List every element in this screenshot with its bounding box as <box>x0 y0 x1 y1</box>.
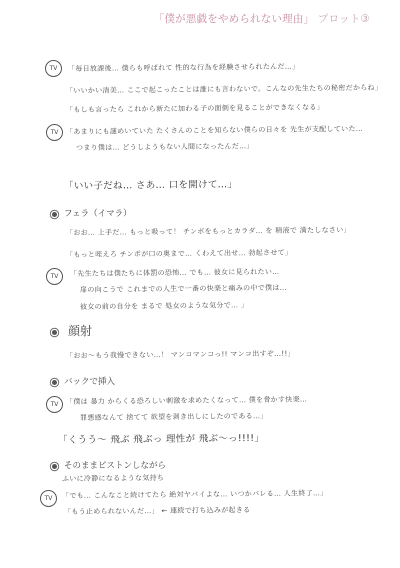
tv-marker-icon: TV <box>45 60 62 77</box>
script-line: 「もしも言ったら これから新たに加わる子の面倒を見ることができなくなる」 <box>66 102 324 115</box>
tv-marker-icon: TV <box>46 396 63 413</box>
tv-marker-icon: TV <box>40 490 57 507</box>
script-line: 扉の向こうで これまでの人生で一番の快楽と痛みの中で僕は… <box>80 283 287 295</box>
bullet-icon <box>52 380 57 385</box>
script-line: 彼女の前の自分を まるで 処女のような気分で… 」 <box>80 300 248 312</box>
script-line: 「おお～もう我慢できない…！ マンコマンコっ!! マンコ出すぞ…!!」 <box>66 349 295 361</box>
script-line: 「先生たちは僕たちに体罰の恐怖… でも… 彼女に見られたい… <box>70 267 280 279</box>
document-title: 「僕が悪戯をやめられない理由」 プロット③ <box>154 11 370 26</box>
title-text: 「僕が悪戯をやめられない理由」 <box>154 13 315 25</box>
script-line: 「くうう～ 飛ぶ 飛ぶっ 理性が 飛ぶ～っ!!!!」 <box>58 430 264 446</box>
script-line: 「いい子だね… さあ… 口を開けて…」 <box>64 176 237 192</box>
script-line: 「もっと咥えろ チンポが口の奥まで… くわえて出せ… 勃起させて」 <box>66 248 292 260</box>
script-line: ふいに冷静になるような気持ち <box>62 473 164 484</box>
script-line: 「いいかい清美… ここで起こったことは誰にも言わないで。こんなの先生たちの秘密だ… <box>66 83 382 96</box>
scene-heading: バックで挿入 <box>64 375 115 387</box>
bullet-icon <box>52 330 57 335</box>
scene-heading: 顔射 <box>68 322 92 339</box>
scene-heading: そのままピストンしながら <box>64 459 166 471</box>
tv-marker-icon: TV <box>46 124 63 141</box>
tv-marker-icon: TV <box>46 268 63 285</box>
title-subtitle: プロット③ <box>318 13 370 25</box>
bullet-icon <box>52 212 57 217</box>
script-line: 「もう止められないんだ…」 ← 連続で打ち込みが起きる <box>64 505 251 517</box>
script-line: つまり僕は… どうしようもない人間になったんだ…」 <box>76 141 254 153</box>
script-line: 「あまりにも謎めいていた たくさんのことを知らない僕らの日々を 先生が支配してい… <box>66 124 363 137</box>
script-line: 「毎日放課後… 僕らも呼ばれて 性的な行為を経験させられたんだ…」 <box>68 62 299 74</box>
bullet-icon <box>52 464 57 469</box>
script-line: 「僕は 暴力 からくる恐ろしい刺激を求めたくなって… 僕を脅かす快楽… <box>66 394 307 407</box>
script-line: 罪悪感なんて 捨てて 欲望を剥き出しにしたのである…」 <box>80 411 268 423</box>
scene-heading: フェラ（イマラ） <box>64 207 132 219</box>
script-line: 「おお… 上手だ… もっと吸って！ チンポをもっとカラダ… を 精液で 満たしな… <box>66 225 351 238</box>
script-line: 「でも… こんなこと続けてたら 絶対ヤバイよな… いつかバレる… 人生終了…」 <box>62 488 328 501</box>
